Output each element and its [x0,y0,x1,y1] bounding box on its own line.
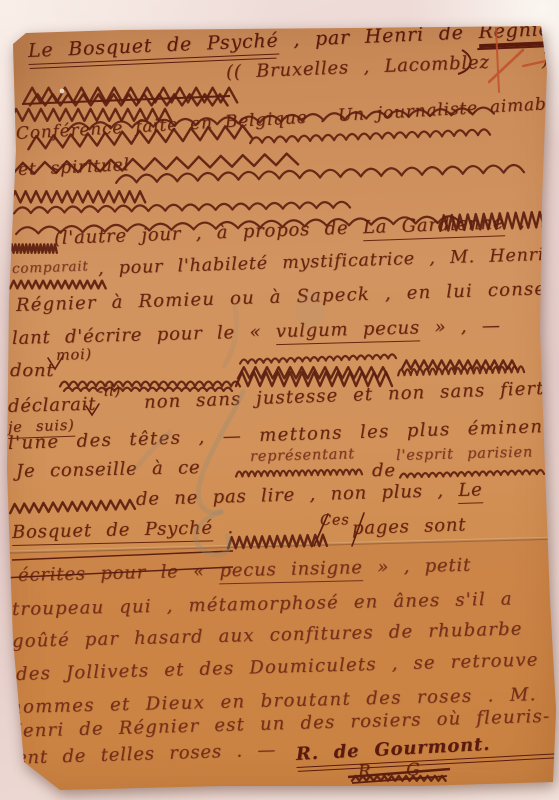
line-autre-jour: (l'autre jour , à propos de La Gardienne… [54,209,559,249]
line-conference: Conférence faite en Belgique . Un journa… [15,93,559,144]
title-byline: , par Henri de [278,21,479,51]
line-habilete: , pour l'habileté mystificatrice , M. He… [98,244,559,279]
insert-representant: représentant [250,446,355,465]
line-autre-p2: , nous [504,209,559,233]
line-nepaslire-p0: de ne pas lire , non plus , [136,480,459,510]
line-de: de [372,460,396,481]
line-dont: dont [10,360,54,381]
line-justesse: non sans justesse et non sans fierté , [144,377,559,413]
line-lant-ecrire: lant d'écrire pour le « vulgum pecus » ,… [12,315,501,349]
insert-esprit-parisien: l'esprit parisien [396,444,533,464]
publisher-close: ) · [541,49,559,71]
insert-il: -il) [98,383,122,400]
insert-ces: Ces [320,512,350,529]
line-ne-pas-lire: de ne pas lire , non plus , Le [136,479,483,510]
white-fleck [60,89,65,94]
paper-sheet: Le Bosquet de Psyché , par Henri de Régn… [0,0,559,800]
title-main: Le Bosquet de Psyché [28,30,280,65]
paper-surface: Le Bosquet de Psyché , par Henri de Régn… [0,0,559,800]
margin-correction-comparait: comparait [12,258,89,277]
line-bosquet2-p1: . [213,517,235,538]
title-la-gardienne: La Gardienne [363,212,505,241]
line-pages-sont: pages sont [352,514,467,539]
title-le: Le [458,479,483,504]
latin-pecus-insigne: pecus insigne [219,557,363,584]
line-lant-p2: » , — [420,315,501,338]
scribble-strikethrough-band-title [22,88,237,106]
line-lant-p0: lant d'écrire pour le « [12,321,276,349]
title-bosquet-psyche: Bosquet de Psyché [12,517,213,546]
insert-moi: moi) [56,347,93,364]
line-declarait: déclarait [8,394,97,417]
signature-struck-initials: R . G [358,760,421,782]
line-je-conseille: Je conseille à ce [16,457,201,482]
line-regnier-romieu: Régnier à Romieu ou à Sapeck , en lui co… [16,278,559,316]
manuscript-photo: Le Bosquet de Psyché , par Henri de Régn… [0,0,559,800]
publisher-text: (( Bruxelles , Lacomblez [226,52,490,83]
line-autre-p0: (l'autre jour , à propos de [54,217,364,249]
latin-vulgum-pecus: vulgum pecus [276,317,421,345]
line-ecrites-p2: » , petit [362,555,471,578]
line-spirituel: et spirituel [18,155,131,180]
title-author: Régnier [478,18,559,48]
line-bosquet-psyche: Bosquet de Psyché . [12,517,234,543]
